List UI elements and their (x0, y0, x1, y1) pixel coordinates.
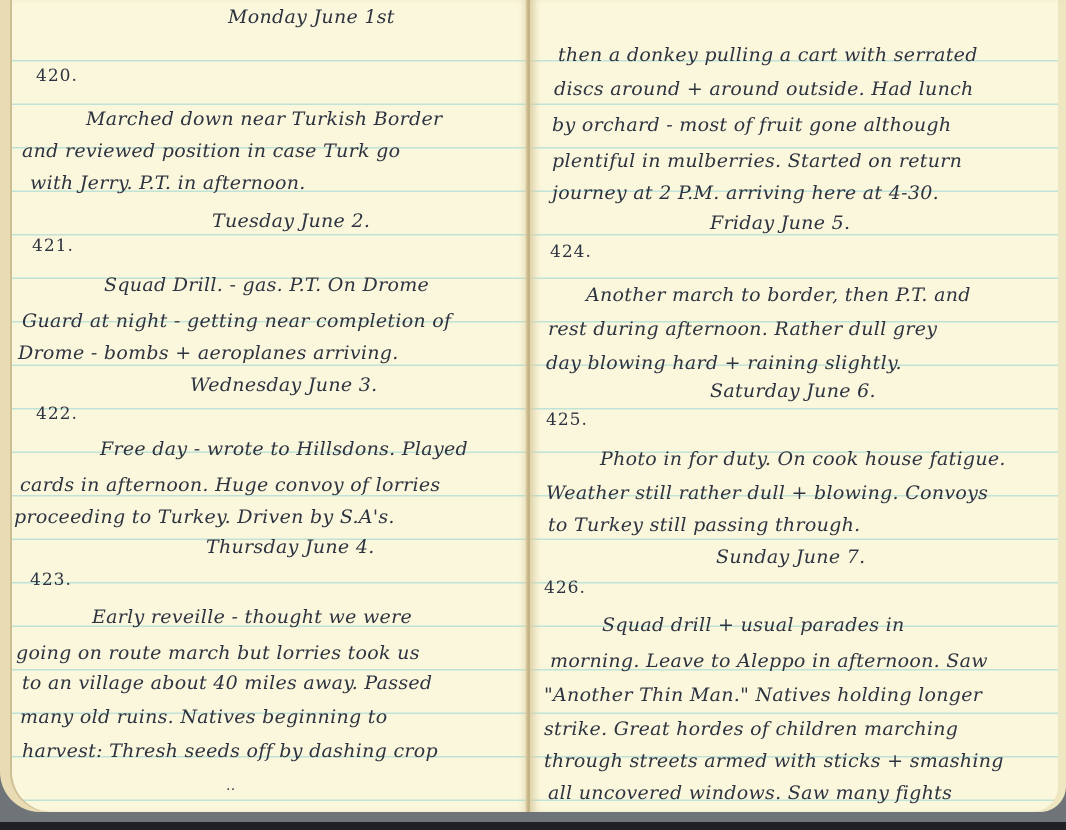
entry-heading: Monday June 1st (228, 6, 395, 28)
entry-line: Free day - wrote to Hillsdons. Played (100, 438, 468, 460)
entry-line: Squad drill + usual parades in (602, 614, 905, 636)
entry-number: 425. (546, 410, 588, 430)
entry-line: Marched down near Turkish Border (86, 108, 442, 130)
entry-line: rest during afternoon. Rather dull grey (548, 318, 937, 340)
entry-line: "Another Thin Man." Natives holding long… (544, 684, 982, 706)
entry-line: harvest: Thresh seeds off by dashing cro… (22, 740, 438, 762)
entry-line: all uncovered windows. Saw many fights (548, 782, 952, 804)
entry-number: 426. (544, 578, 586, 598)
entry-line: Squad Drill. - gas. P.T. On Drome (104, 274, 429, 296)
entry-heading: Wednesday June 3. (190, 374, 377, 396)
entry-number: 423. (30, 570, 72, 590)
entry-line: plentiful in mulberries. Started on retu… (552, 150, 962, 172)
entry-line: Another march to border, then P.T. and (586, 284, 971, 306)
entry-line: Guard at night - getting near completion… (22, 310, 451, 332)
entry-line: Photo in for duty. On cook house fatigue… (600, 448, 1006, 470)
entry-heading: Thursday June 4. (206, 536, 375, 558)
entry-line: Early reveille - thought we were (92, 606, 412, 628)
entry-line: going on route march but lorries took us (16, 642, 420, 664)
entry-heading: Tuesday June 2. (212, 210, 370, 232)
entry-line: through streets armed with sticks + smas… (544, 750, 1004, 772)
right-page: then a donkey pulling a cart with serrat… (530, 0, 1066, 812)
page-mark: .. (226, 778, 236, 794)
entry-number: 422. (36, 404, 78, 424)
entry-line: morning. Leave to Aleppo in afternoon. S… (550, 650, 988, 672)
entry-line: Weather still rather dull + blowing. Con… (546, 482, 988, 504)
entry-line: to an village about 40 miles away. Passe… (22, 672, 432, 694)
entry-line: discs around + around outside. Had lunch (554, 78, 974, 100)
entry-line: cards in afternoon. Huge convoy of lorri… (20, 474, 441, 496)
entry-line: by orchard - most of fruit gone although (552, 114, 951, 136)
left-page: Monday June 1st 420. Marched down near T… (0, 0, 528, 812)
entry-line: Drome - bombs + aeroplanes arriving. (18, 342, 399, 364)
entry-line: day blowing hard + raining slightly. (546, 352, 902, 374)
entry-line: to Turkey still passing through. (548, 514, 860, 536)
entry-line: strike. Great hordes of children marchin… (544, 718, 958, 740)
entry-line: and reviewed position in case Turk go (22, 140, 400, 162)
entry-line: then a donkey pulling a cart with serrat… (558, 44, 978, 66)
entry-line: with Jerry. P.T. in afternoon. (30, 172, 306, 194)
entry-line: proceeding to Turkey. Driven by S.A's. (14, 506, 395, 528)
entry-heading: Saturday June 6. (710, 380, 876, 402)
diary-spread: Monday June 1st 420. Marched down near T… (0, 0, 1066, 822)
bottom-border (0, 822, 1066, 830)
entry-heading: Sunday June 7. (716, 546, 865, 568)
entry-line: journey at 2 P.M. arriving here at 4-30. (552, 182, 939, 204)
entry-number: 421. (32, 236, 74, 256)
entry-number: 420. (36, 66, 78, 86)
entry-number: 424. (550, 242, 592, 262)
entry-line: many old ruins. Natives beginning to (20, 706, 387, 728)
entry-heading: Friday June 5. (710, 212, 850, 234)
